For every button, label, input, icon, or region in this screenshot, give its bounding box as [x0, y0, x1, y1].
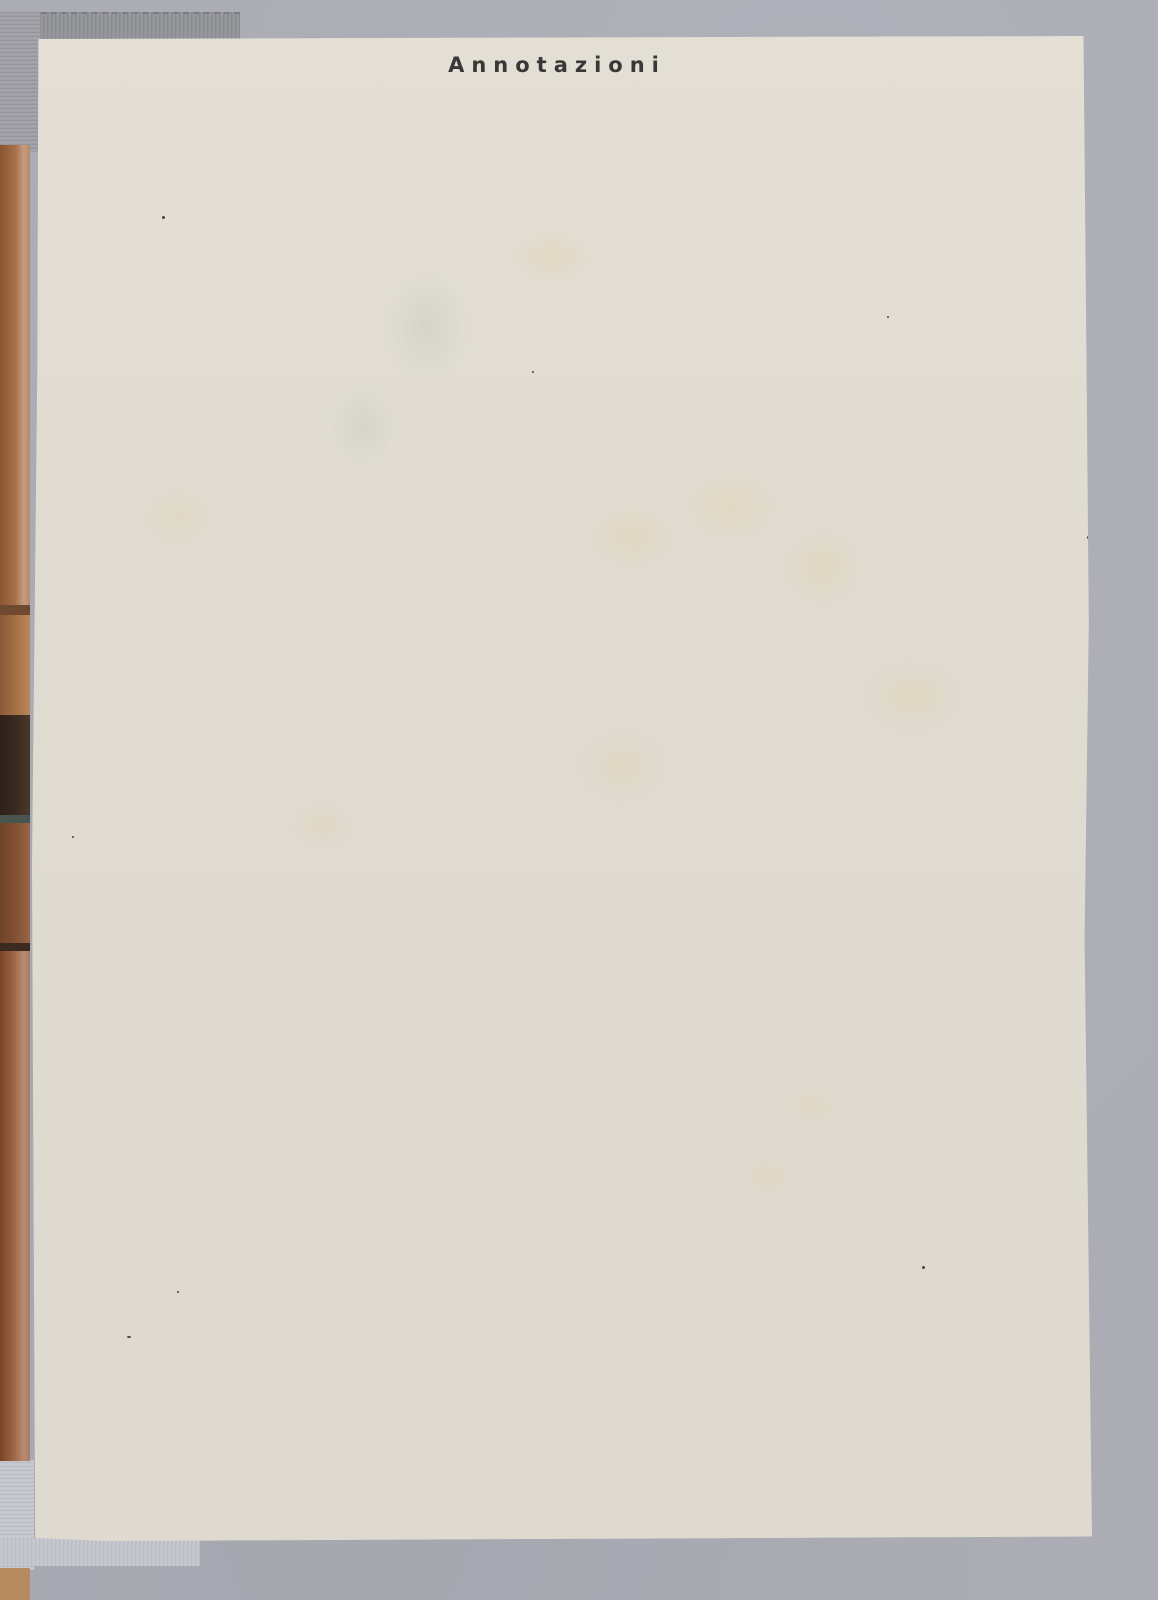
- paper-speck: [72, 836, 74, 838]
- book-spine: [0, 715, 30, 815]
- book-spine: [0, 145, 30, 605]
- book-spine: [0, 943, 30, 951]
- book-edge-bottom: [0, 1568, 30, 1600]
- paper-speck: [887, 316, 889, 318]
- page-title: Annotazioni: [22, 53, 1092, 77]
- book-spine: [0, 605, 30, 615]
- book-spine: [0, 951, 30, 1461]
- notes-page: Annotazioni: [32, 36, 1092, 1541]
- paper-speck: [532, 371, 534, 373]
- book-spine: [0, 823, 30, 943]
- paper-speck: [177, 1291, 179, 1293]
- book-spine: [0, 615, 30, 715]
- paper-speck: [162, 216, 165, 219]
- paper-speck: [922, 1266, 925, 1269]
- book-spine: [0, 815, 30, 823]
- binding-ribbon-bottom: [0, 1538, 200, 1566]
- paper-speck: [127, 1336, 131, 1338]
- binding-ribbon-left: [0, 12, 40, 152]
